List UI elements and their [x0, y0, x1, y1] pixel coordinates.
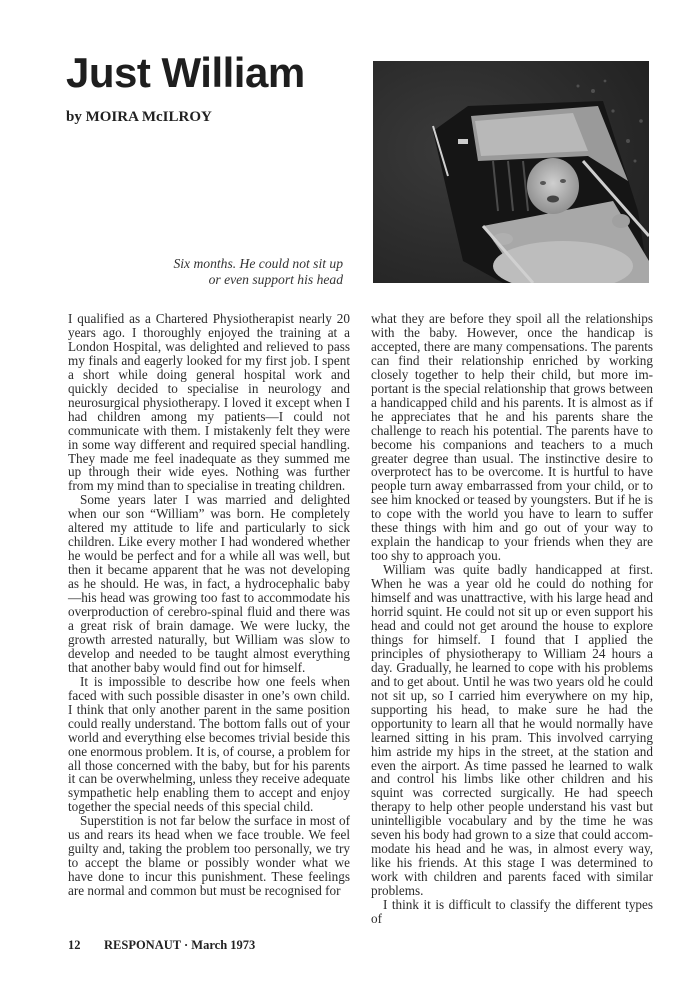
article-title: Just William: [66, 52, 305, 94]
article-column-left: I qualified as a Chartered Physiotherapi…: [68, 312, 350, 898]
article-column-right: what they are before they spoil all the …: [371, 312, 653, 926]
paragraph: William was quite badly handicapped at f…: [371, 563, 653, 898]
photo-illustration: [373, 61, 649, 283]
paragraph: Some years later I was married and delig…: [68, 493, 350, 674]
baby-in-pram-photo: [373, 61, 649, 283]
paragraph: Superstition is not far below the surfac…: [68, 814, 350, 898]
page-footer: 12RESPONAUT · March 1973: [68, 938, 255, 953]
paragraph: what they are before they spoil all the …: [371, 312, 653, 563]
author-byline: by MOIRA McILROY: [66, 109, 212, 126]
publication-name-date: RESPONAUT · March 1973: [104, 938, 255, 952]
caption-line: or even support his head: [143, 272, 343, 288]
paragraph: It is impossible to describe how one fee…: [68, 675, 350, 815]
caption-line: Six months. He could not sit up: [143, 256, 343, 272]
page-number: 12: [68, 938, 104, 953]
paragraph: I think it is difficult to classify the …: [371, 898, 653, 926]
paragraph: I qualified as a Chartered Physiotherapi…: [68, 312, 350, 493]
photo-caption: Six months. He could not sit up or even …: [143, 256, 343, 288]
